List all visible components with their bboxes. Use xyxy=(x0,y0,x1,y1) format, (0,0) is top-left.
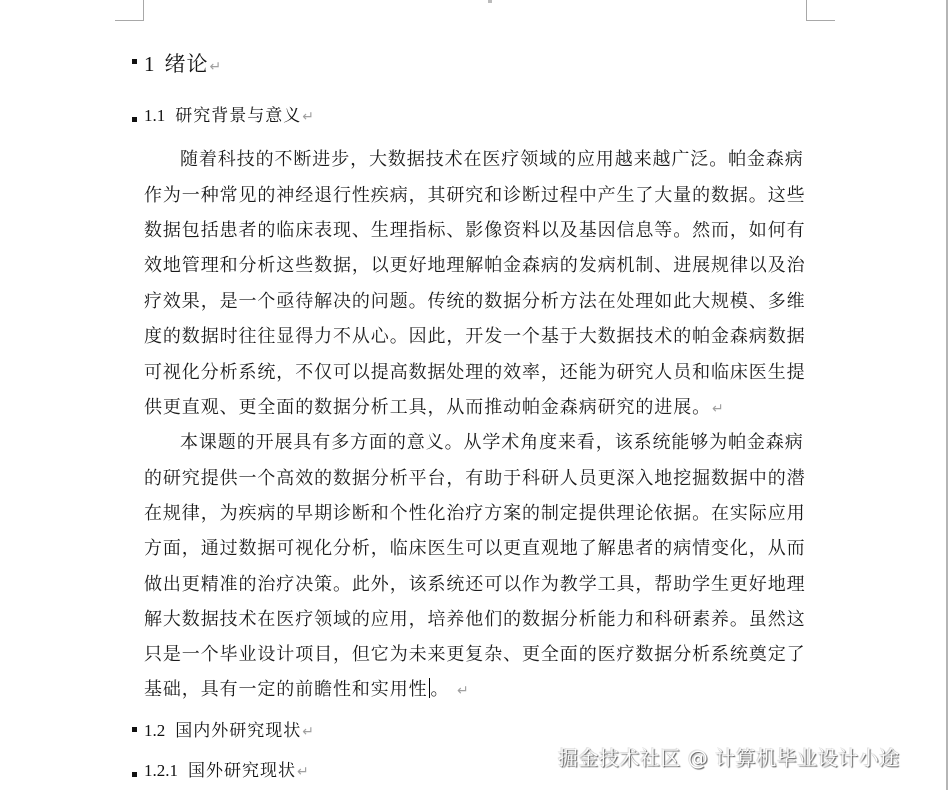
page-corner-mark-top-left xyxy=(115,0,144,21)
list-bullet-icon xyxy=(132,59,137,64)
text-cursor xyxy=(429,678,430,698)
list-bullet-icon xyxy=(132,727,137,732)
heading-1[interactable]: 1 绪论 ↵ xyxy=(132,48,221,78)
text-line-content: 可视化分析系统，不仅可以提高数据处理的效率，还能为研究人员和临床医生提 xyxy=(144,362,806,383)
text-line: 的研究提供一个高效的数据分析平台，有助于科研人员更深入地挖掘数据中的潜 xyxy=(144,467,808,491)
paragraph-mark-icon: ↵ xyxy=(297,764,309,780)
text-line-last: 供更直观、更全面的数据分析工具，从而推动帕金森病研究的进展。↵ xyxy=(144,396,808,421)
text-line-content-end: 。 xyxy=(431,679,450,700)
text-line: 可视化分析系统，不仅可以提高数据处理的效率，还能为研究人员和临床医生提 xyxy=(144,361,808,385)
heading-number: 1 xyxy=(144,52,155,77)
paragraph-mark-icon: ↵ xyxy=(457,683,470,699)
heading-1-1[interactable]: 1.1 研究背景与意义 ↵ xyxy=(132,101,314,126)
text-line-content: 供更直观、更全面的数据分析工具，从而推动帕金森病研究的进展。 xyxy=(144,397,711,418)
paragraph-mark-icon: ↵ xyxy=(712,401,725,417)
text-line: 作为一种常见的神经退行性疾病，其研究和诊断过程中产生了大量的数据。这些 xyxy=(144,184,808,208)
heading-1-2[interactable]: 1.2 国内外研究现状 ↵ xyxy=(132,716,314,741)
paragraph-mark-icon: ↵ xyxy=(302,109,314,125)
text-line-content: 基础，具有一定的前瞻性和实用性 xyxy=(144,679,428,700)
page-edge-divider xyxy=(946,0,948,790)
heading-text: 研究背景与意义 xyxy=(175,101,301,126)
paragraph-mark-icon: ↵ xyxy=(210,59,222,75)
text-line: 度的数据时往往显得力不从心。因此，开发一个基于大数据技术的帕金森病数据 xyxy=(144,325,808,349)
text-line-last: 基础，具有一定的前瞻性和实用性。 ↵ xyxy=(144,678,808,703)
heading-number: 1.2 xyxy=(144,721,165,741)
watermark: 掘金技术社区 @ 计算机毕业设计小途 xyxy=(558,742,900,771)
heading-1-2-1[interactable]: 1.2.1 国外研究现状 ↵ xyxy=(132,756,309,781)
text-line: 方面，通过数据可视化分析，临床医生可以更直观地了解患者的病情变化，从而 xyxy=(144,537,808,561)
text-line: 解大数据技术在医疗领域的应用，培养他们的数据分析能力和科研素养。虽然这 xyxy=(144,608,808,632)
list-bullet-icon xyxy=(132,117,137,122)
text-line: 做出更精准的治疗决策。此外，该系统还可以作为教学工具，帮助学生更好地理 xyxy=(144,573,808,597)
text-line: 效地管理和分析这些数据，以更好地理解帕金森病的发病机制、进展规律以及治 xyxy=(144,254,808,278)
heading-text: 国外研究现状 xyxy=(188,756,296,781)
text-line: 只是一个毕业设计项目，但它为未来更复杂、更全面的医疗数据分析系统奠定了 xyxy=(144,643,808,667)
heading-text: 国内外研究现状 xyxy=(175,716,301,741)
heading-text: 绪论 xyxy=(165,48,209,78)
text-line: 随着科技的不断进步，大数据技术在医疗领域的应用越来越广泛。帕金森病 xyxy=(180,148,808,172)
heading-number: 1.2.1 xyxy=(144,761,178,781)
heading-number: 1.1 xyxy=(144,106,165,126)
text-line: 在规律，为疾病的早期诊断和个性化治疗方案的制定提供理论依据。在实际应用 xyxy=(144,502,808,526)
list-bullet-icon xyxy=(132,772,137,777)
text-line: 疗效果，是一个亟待解决的问题。传统的数据分析方法在处理如此大规模、多维 xyxy=(144,290,808,314)
text-line: 本课题的开展具有多方面的意义。从学术角度来看，该系统能够为帕金森病 xyxy=(180,431,808,455)
page-corner-mark-top-right xyxy=(806,0,835,21)
ruler-mark xyxy=(488,0,492,3)
paragraph-mark-icon: ↵ xyxy=(302,724,314,740)
text-line: 数据包括患者的临床表现、生理指标、影像资料以及基因信息等。然而，如何有 xyxy=(144,219,808,243)
